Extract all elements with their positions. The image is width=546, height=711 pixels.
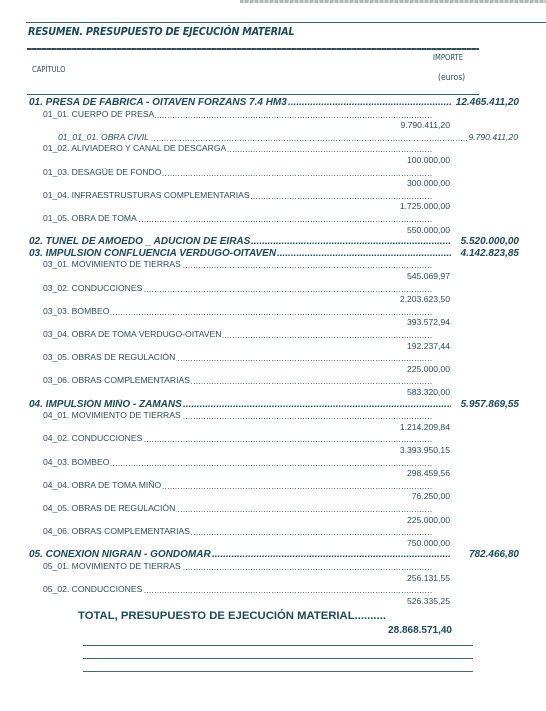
subchapter-label: 01_05. OBRA DE TOMA [43,213,138,224]
subchapter-label: 04_04. OBRA DE TOMA MIÑO [43,480,162,491]
subchapter-amount: 1.725.000,00 [400,201,450,212]
subchapter-amount: 298.459,56 [407,468,450,479]
column-header-chapter: CAPÍTULO [32,65,66,74]
item-row: 01_01_01. OBRA CIVIL9.790.411,20 [58,132,518,143]
chapter-row: ........................................… [29,248,519,260]
subchapter-amount: 526.335,25 [407,596,450,607]
subchapter-row: 03_03. BOMBEO [43,306,433,317]
subchapter-row: 04_01. MOVIMIENTO DE TIERRAS [43,410,433,421]
subchapter-label: 03_02. CONDUCCIONES [43,283,143,294]
item-amount: 9.790.411,20 [467,132,518,143]
subchapter-amount: 76.250,00 [412,491,450,502]
item-label: 01_01_01. OBRA CIVIL [58,132,150,143]
chapter-row: ........................................… [29,399,519,411]
chapter-amount: 782.466,80 [469,549,519,561]
subchapter-row: 04_03. BOMBEO [43,457,433,468]
column-header-amount: IMPORTE [433,53,463,62]
leader-dots: ........................................… [212,549,451,561]
subchapter-row: 04_02. CONDUCCIONES [43,433,433,444]
subchapter-amount: 2.203.623,50 [400,294,450,305]
signature-line [83,671,473,672]
chapter-label: 01. PRESA DE FABRICA - OITAVEN FORZANS 7… [29,97,287,109]
subchapter-label: 04_01. MOVIMIENTO DE TIERRAS [43,410,182,421]
subchapter-row: 01_05. OBRA DE TOMA [43,213,433,224]
subchapter-label: 03_05. OBRAS DE REGULACIÓN [43,352,176,363]
subchapter-label: 01_02. ALIVIADERO Y CANAL DE DESCARGA [43,143,227,154]
leader-dots: ........................................… [277,248,451,260]
chapter-amount: 5.957.869,55 [461,399,519,411]
subchapter-label: 05_02. CONDUCCIONES [43,584,143,595]
subchapter-amount: 225.000,00 [407,515,450,526]
chapter-amount: 12.465.411,20 [456,97,519,109]
subchapter-amount: 256.131,55 [407,573,450,584]
subchapter-amount: 300.000,00 [407,178,450,189]
signature-line [83,658,473,659]
subchapter-row: 04_06. OBRAS COMPLEMENTARIAS [43,526,433,537]
subchapter-label: 03_06. OBRAS COMPLEMENTARIAS [43,375,191,386]
subchapter-label: 03_01. MOVIMIENTO DE TIERRAS [43,259,182,270]
subchapter-row: 01_02. ALIVIADERO Y CANAL DE DESCARGA [43,143,433,154]
subchapter-amount: 550.000,00 [407,225,450,236]
subchapter-amount: 393.572,94 [407,317,450,328]
signature-line [83,645,473,646]
subchapter-row: 03_05. OBRAS DE REGULACIÓN [43,352,433,363]
chapter-label: 03. IMPULSIÓN CONFLUENCIA VERDUGO-OITAVE… [29,248,276,260]
column-header-unit: (euros) [438,73,465,83]
subchapter-amount: 100.000,00 [407,155,450,166]
leader-dots: ........................................… [183,399,451,411]
subchapter-label: 01_01. CUERPO DE PRESA [43,109,155,120]
subchapter-label: 04_02. CONDUCCIONES [43,433,143,444]
leader-dots: ........................................… [288,97,451,109]
chapter-amount: 5.520.000,00 [461,236,519,248]
subchapter-row: 01_01. CUERPO DE PRESA [43,109,433,120]
total-amount: 28.868.571,40 [388,625,452,636]
chapter-label: 02. TUNEL DE AMOEDO _ ADUCIÓN DE EIRÁS [29,236,250,248]
cropped-header-text [240,0,546,3]
subchapter-label: 04_03. BOMBEO [43,457,110,468]
chapter-label: 05. CONEXIÓN NIGRAN - GONDOMAR [29,549,211,561]
subchapter-row: 04_05. OBRAS DE REGULACIÓN [43,503,433,514]
header-bottom-rule [27,94,479,95]
subchapter-label: 03_03. BOMBEO [43,306,110,317]
chapter-label: 04. IMPULSIÓN MIÑO - ZAMANS [29,399,182,411]
subchapter-label: 01_04. INFRAESTRUSTURAS COMPLEMENTARIAS [43,190,251,201]
subchapter-label: 04_05. OBRAS DE REGULACIÓN [43,503,176,514]
subchapter-row: 03_02. CONDUCCIONES [43,283,433,294]
subchapter-row: 01_04. INFRAESTRUSTURAS COMPLEMENTARIAS [43,190,433,201]
subchapter-label: 03_04. OBRA DE TOMA VERDUGO-OITAVEN [43,329,222,340]
subchapter-row: 05_02. CONDUCCIONES [43,584,433,595]
title-top-rule [26,22,546,23]
subchapter-amount: 192.237,44 [407,341,450,352]
chapter-row: ........................................… [29,549,519,561]
subchapter-label: 04_06. OBRAS COMPLEMENTARIAS [43,526,191,537]
subchapter-row: 01_03. DESAGÜE DE FONDO [43,167,433,178]
leader-dots: ........................................… [251,236,451,248]
header-rule [27,48,479,50]
total-label: TOTAL, PRESUPUESTO DE EJECUCIÓN MATERIAL… [78,610,386,622]
subchapter-label: 01_03. DESAGÜE DE FONDO [43,167,162,178]
subchapter-amount: 545.069,97 [407,271,450,282]
subchapter-amount: 9.790.411,20 [400,120,450,131]
subchapter-row: 03_04. OBRA DE TOMA VERDUGO-OITAVEN [43,329,433,340]
subchapter-amount: 225.000,00 [407,364,450,375]
chapter-row: ........................................… [29,97,519,109]
subchapter-row: 03_06. OBRAS COMPLEMENTARIAS [43,375,433,386]
chapter-row: ........................................… [29,236,519,248]
chapter-amount: 4.142.823,85 [461,248,519,260]
subchapter-label: 05_01. MOVIMIENTO DE TIERRAS [43,561,182,572]
subchapter-amount: 3.393.950,15 [400,445,450,456]
subchapter-row: 04_04. OBRA DE TOMA MIÑO [43,480,433,491]
subchapter-row: 05_01. MOVIMIENTO DE TIERRAS [43,561,433,572]
subchapter-amount: 583.320,00 [407,387,450,398]
subchapter-row: 03_01. MOVIMIENTO DE TIERRAS [43,259,433,270]
subchapter-amount: 750.000,00 [407,538,450,549]
document-title: RESUMEN. PRESUPUESTO DE EJECUCIÓN MATERI… [28,25,294,38]
subchapter-amount: 1.214.209,84 [400,422,450,433]
